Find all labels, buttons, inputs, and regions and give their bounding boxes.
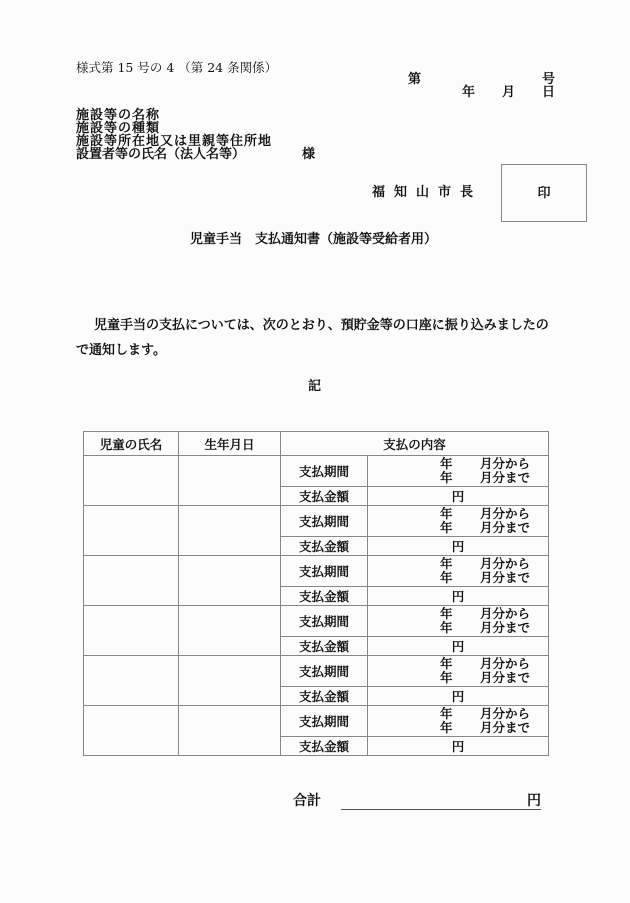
document-title: 児童手当 支払通知書（施設等受給者用） — [190, 233, 437, 246]
birth-date-cell — [179, 706, 281, 756]
total-label: 合計 — [293, 794, 321, 808]
amount-label: 支払金額 — [281, 737, 368, 756]
amount-unit: 円 — [368, 587, 549, 606]
birth-date-cell — [179, 506, 281, 556]
recipient-founder-name: 設置者等の氏名（法人名等） — [76, 148, 245, 161]
amount-label: 支払金額 — [281, 537, 368, 556]
from-year: 年 — [440, 708, 453, 721]
seal-box: 印 — [501, 164, 587, 222]
from-month: 月分から — [480, 558, 530, 571]
amount-label: 支払金額 — [281, 487, 368, 506]
total-value-line — [341, 809, 541, 810]
period-label: 支払期間 — [281, 656, 368, 687]
table-row: 支払期間 年 月分から 年 月分まで — [84, 556, 549, 587]
date-day: 日 — [542, 86, 555, 99]
from-month: 月分から — [480, 608, 530, 621]
amount-unit: 円 — [368, 687, 549, 706]
period-label: 支払期間 — [281, 456, 368, 487]
period-label: 支払期間 — [281, 706, 368, 737]
period-value: 年 月分から 年 月分まで — [368, 656, 548, 686]
table-row: 支払期間 年 月分から 年 月分まで — [84, 606, 549, 637]
period-value: 年 月分から 年 月分まで — [368, 706, 548, 736]
to-year: 年 — [440, 522, 453, 535]
table-row: 支払期間 年 月分から 年 月分まで — [84, 506, 549, 537]
recipient-honorific: 様 — [302, 148, 315, 161]
child-name-cell — [84, 706, 179, 756]
amount-unit: 円 — [368, 487, 549, 506]
form-number: 様式第 15 号の 4 （第 24 条関係） — [76, 62, 277, 75]
header-child-name: 児童の氏名 — [84, 432, 179, 456]
from-year: 年 — [440, 458, 453, 471]
amount-unit: 円 — [368, 537, 549, 556]
to-month: 月分まで — [480, 672, 530, 685]
child-name-cell — [84, 456, 179, 506]
table-row: 支払期間 年 月分から 年 月分まで — [84, 656, 549, 687]
to-month: 月分まで — [480, 522, 530, 535]
to-month: 月分まで — [480, 472, 530, 485]
amount-label: 支払金額 — [281, 687, 368, 706]
child-name-cell — [84, 606, 179, 656]
date-month: 月 — [502, 86, 515, 99]
from-year: 年 — [440, 658, 453, 671]
from-month: 月分から — [480, 508, 530, 521]
from-month: 月分から — [480, 708, 530, 721]
period-value: 年 月分から 年 月分まで — [368, 556, 548, 586]
to-year: 年 — [440, 572, 453, 585]
total-unit: 円 — [527, 794, 541, 808]
to-month: 月分まで — [480, 722, 530, 735]
from-month: 月分から — [480, 458, 530, 471]
child-name-cell — [84, 556, 179, 606]
period-value: 年 月分から 年 月分まで — [368, 606, 548, 636]
seal-label: 印 — [537, 187, 550, 200]
header-payment-content: 支払の内容 — [281, 432, 549, 456]
table-row: 支払期間 年 月分から 年 月分まで — [84, 456, 549, 487]
to-month: 月分まで — [480, 622, 530, 635]
birth-date-cell — [179, 456, 281, 506]
period-value: 年 月分から 年 月分まで — [368, 456, 548, 486]
period-label: 支払期間 — [281, 506, 368, 537]
to-year: 年 — [440, 472, 453, 485]
amount-label: 支払金額 — [281, 587, 368, 606]
doc-number-prefix: 第 — [408, 73, 421, 86]
payment-table: 児童の氏名 生年月日 支払の内容 支払期間 年 月分から 年 月分まで 支払金額… — [83, 431, 549, 756]
table-header-row: 児童の氏名 生年月日 支払の内容 — [84, 432, 549, 456]
period-label: 支払期間 — [281, 556, 368, 587]
child-name-cell — [84, 656, 179, 706]
birth-date-cell — [179, 606, 281, 656]
issuer-name: 福知山市長 — [372, 186, 482, 199]
amount-unit: 円 — [368, 737, 549, 756]
to-year: 年 — [440, 722, 453, 735]
date-year: 年 — [462, 86, 475, 99]
table-row: 支払期間 年 月分から 年 月分まで — [84, 706, 549, 737]
header-birth-date: 生年月日 — [179, 432, 281, 456]
to-month: 月分まで — [480, 572, 530, 585]
birth-date-cell — [179, 556, 281, 606]
from-year: 年 — [440, 558, 453, 571]
birth-date-cell — [179, 656, 281, 706]
from-year: 年 — [440, 608, 453, 621]
body-text-line-1: 児童手当の支払については、次のとおり、預貯金等の口座に振り込みましたの — [94, 319, 549, 332]
period-label: 支払期間 — [281, 606, 368, 637]
from-month: 月分から — [480, 658, 530, 671]
from-year: 年 — [440, 508, 453, 521]
body-text-line-2: で通知します。 — [76, 344, 166, 357]
ki-heading: 記 — [308, 380, 321, 393]
period-value: 年 月分から 年 月分まで — [368, 506, 548, 536]
amount-unit: 円 — [368, 637, 549, 656]
child-name-cell — [84, 506, 179, 556]
to-year: 年 — [440, 622, 453, 635]
to-year: 年 — [440, 672, 453, 685]
amount-label: 支払金額 — [281, 637, 368, 656]
